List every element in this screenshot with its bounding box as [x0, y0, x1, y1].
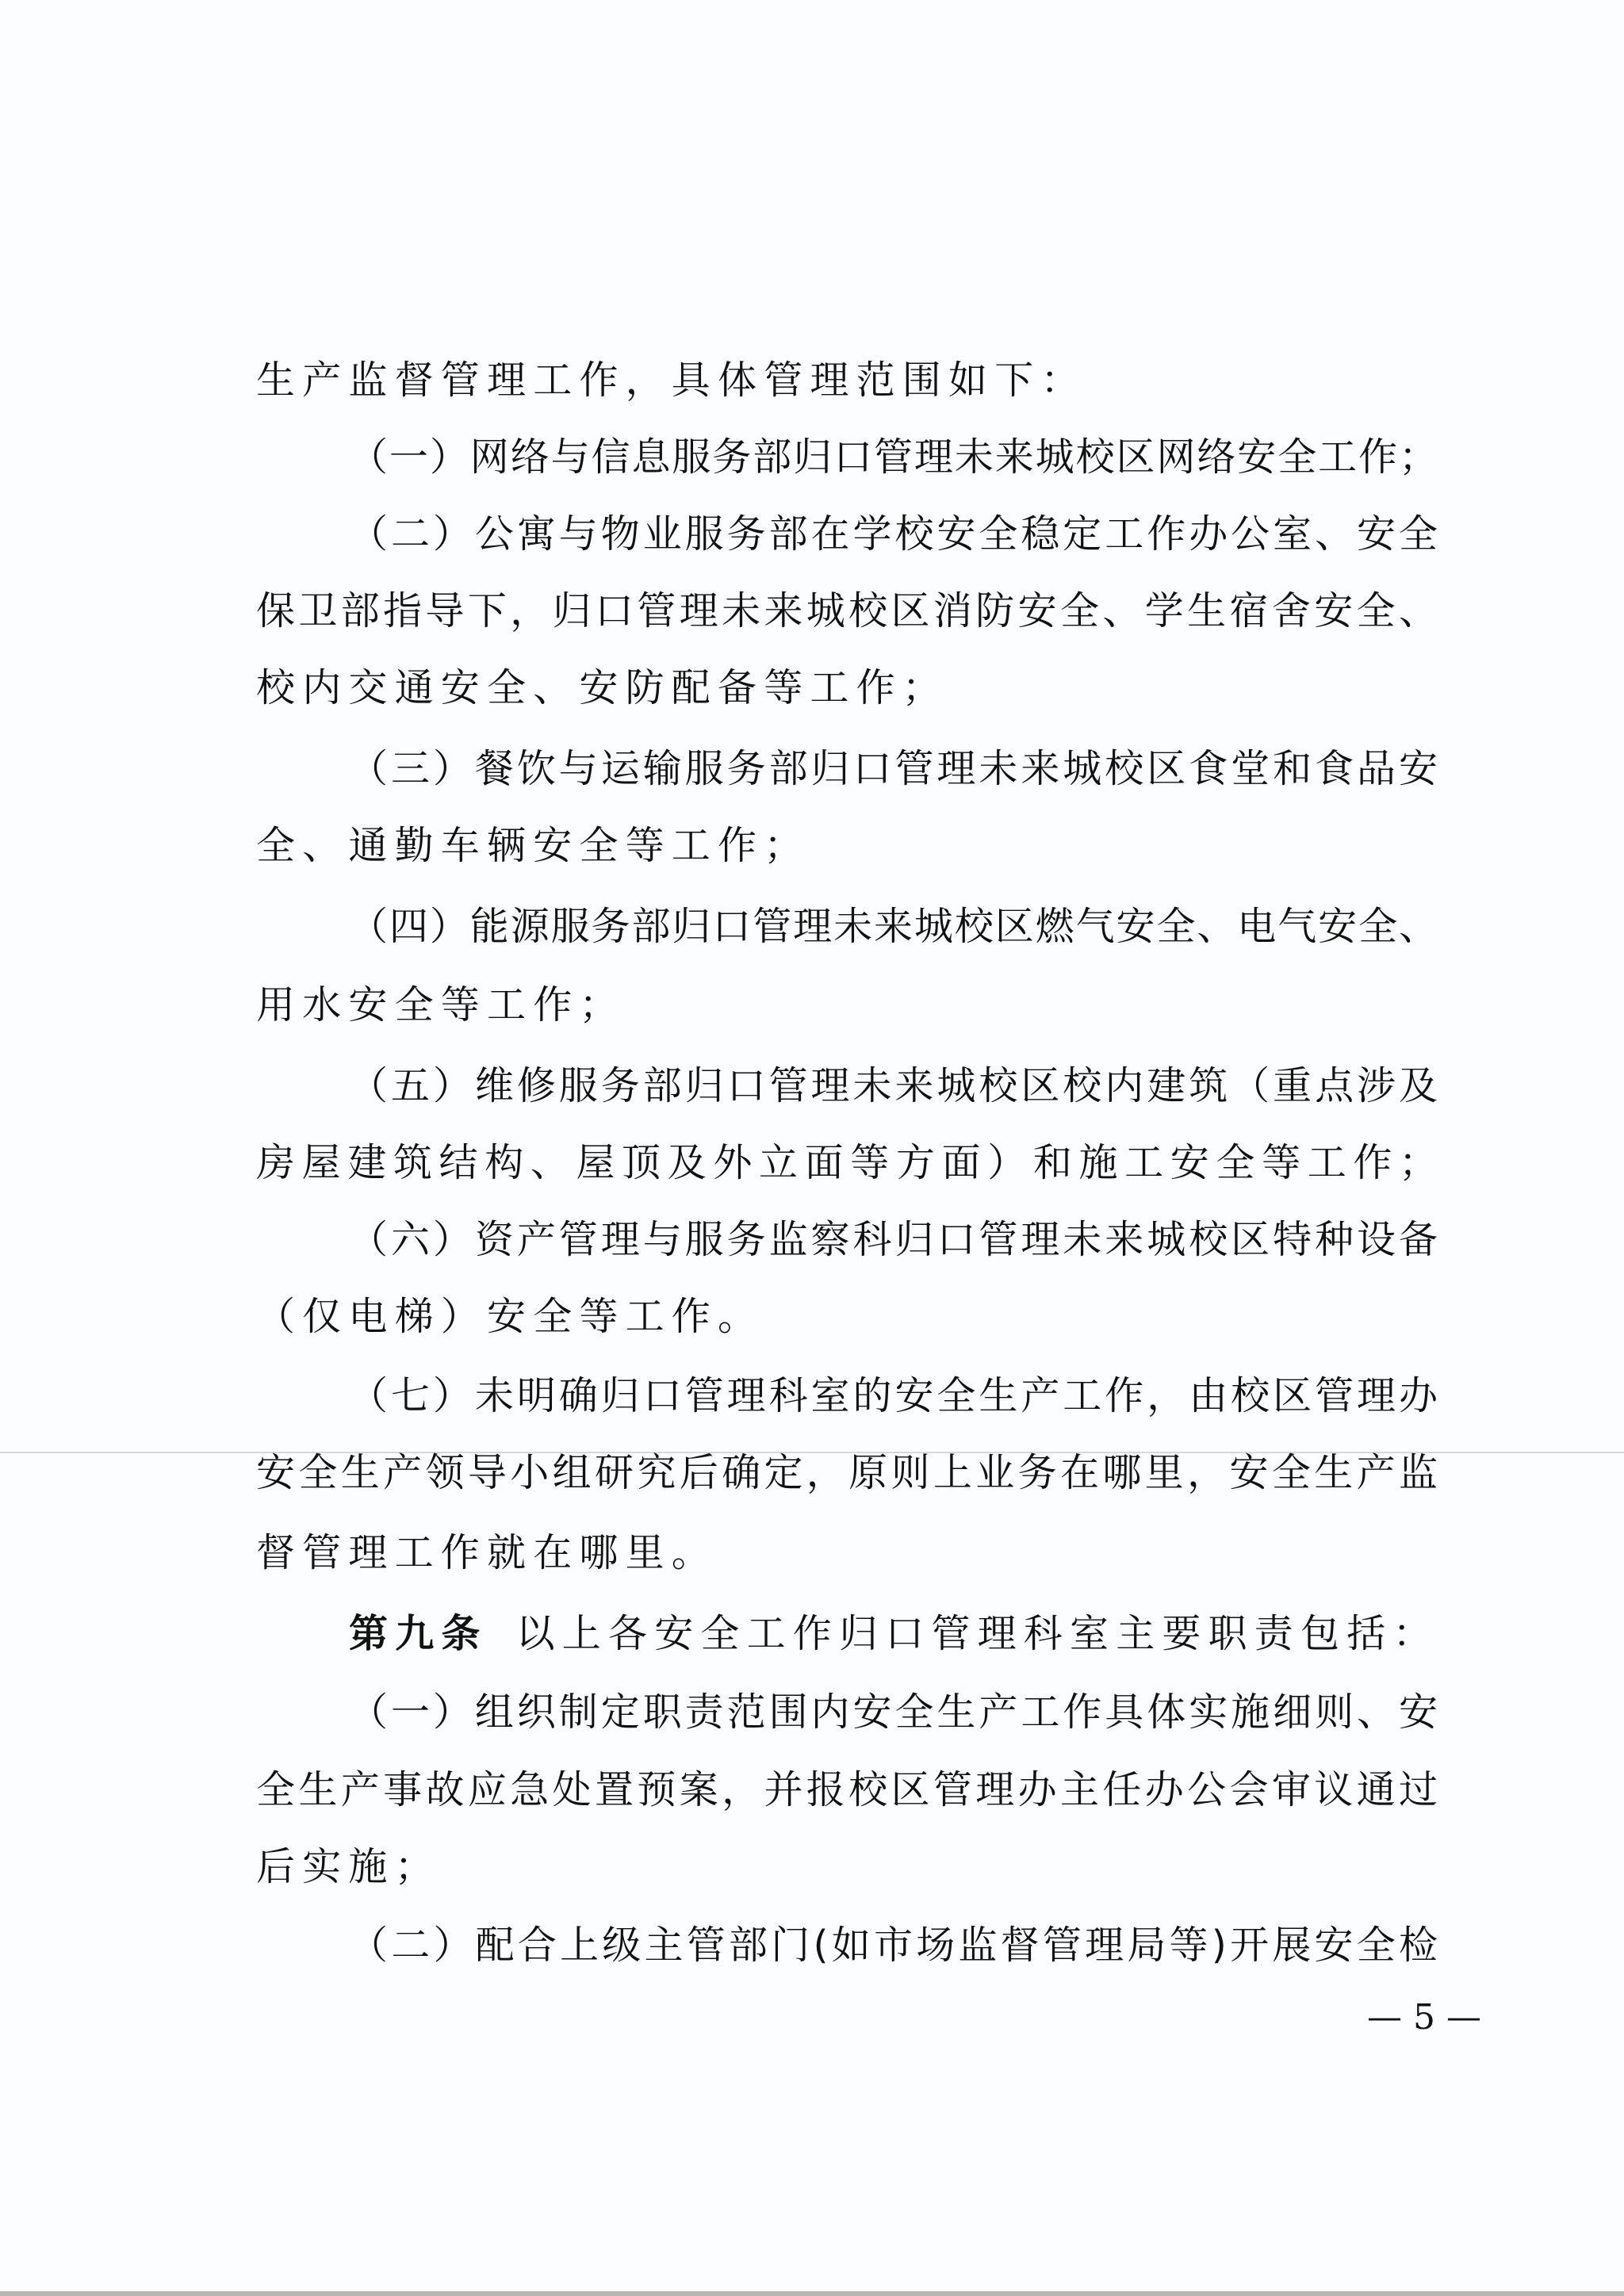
text-line: 校内交通安全、安防配备等工作； — [256, 664, 1438, 712]
text-line: （一）组织制定职责范围内安全生产工作具体实施细则、安 — [349, 1689, 1438, 1736]
text-line: 生产监督管理工作，具体管理范围如下： — [256, 357, 1438, 404]
page-number: — 5 — — [1367, 1994, 1481, 2042]
article-heading: 第九条 — [349, 1610, 488, 1658]
scan-bottom-edge — [0, 2291, 1624, 2296]
text-line: 全、通勤车辆安全等工作； — [256, 822, 1438, 870]
text-line: 全生产事故应急处置预案，并报校区管理办主任办公会审议通过 — [256, 1766, 1438, 1814]
text-line: （仅电梯）安全等工作。 — [256, 1293, 1438, 1341]
text-line: 保卫部指导下，归口管理未来城校区消防安全、学生宿舍安全、 — [256, 587, 1438, 635]
text-line: 后实施； — [256, 1843, 1438, 1891]
text-line: （二）公寓与物业服务部在学校安全稳定工作办公室、安全 — [349, 511, 1438, 558]
text-line: 房屋建筑结构、屋顶及外立面等方面）和施工安全等工作； — [256, 1139, 1438, 1187]
text-line: 安全生产领导小组研究后确定，原则上业务在哪里，安全生产监 — [256, 1449, 1438, 1497]
text-line: （七）未明确归口管理科室的安全生产工作，由校区管理办 — [349, 1372, 1438, 1420]
text-line: （三）餐饮与运输服务部归口管理未来城校区食堂和食品安 — [349, 745, 1438, 793]
text-line: （六）资产管理与服务监察科归口管理未来城校区特种设备 — [349, 1216, 1438, 1264]
text-line: （五）维修服务部归口管理未来城校区校内建筑（重点涉及 — [349, 1062, 1438, 1110]
text-line: 督管理工作就在哪里。 — [256, 1529, 1438, 1577]
text-line: 用水安全等工作； — [256, 982, 1438, 1029]
text-line: （一）网络与信息服务部归口管理未来城校区网络安全工作； — [349, 434, 1438, 481]
article-line: 第九条以上各安全工作归口管理科室主要职责包括： — [349, 1610, 1530, 1658]
article-text: 以上各安全工作归口管理科室主要职责包括： — [516, 1611, 1439, 1656]
text-line: （二）配合上级主管部门(如市场监督管理局等)开展安全检 — [349, 1922, 1438, 1969]
text-line: （四）能源服务部归口管理未来城校区燃气安全、电气安全、 — [349, 903, 1438, 951]
